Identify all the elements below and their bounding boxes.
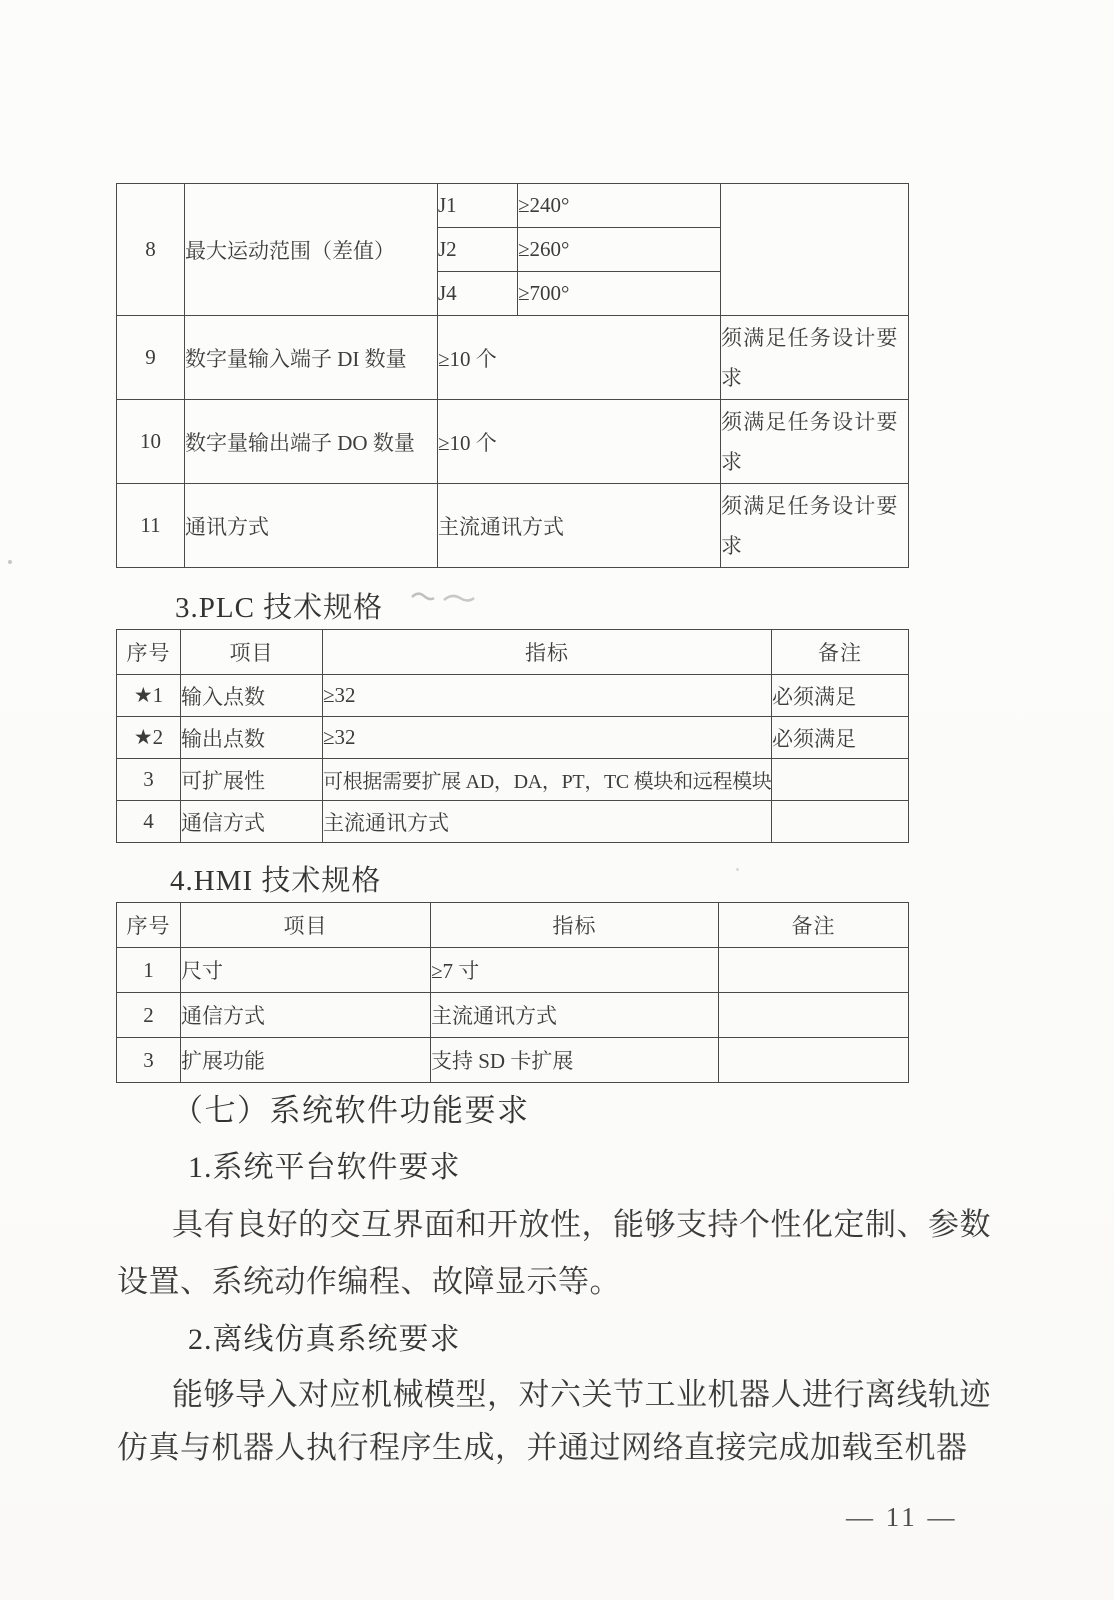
cell-item: 扩展功能 — [181, 1038, 431, 1083]
cell-note: 须满足任务设计要求 — [721, 316, 909, 400]
cell-note: 须满足任务设计要求 — [721, 484, 909, 568]
cell-no: ★1 — [117, 675, 181, 717]
header-note: 备注 — [719, 903, 909, 948]
table-row: 8 最大运动范围（差值） J1 ≥240° — [117, 184, 909, 228]
paragraph-line: 设置、系统动作编程、故障显示等。 — [117, 1256, 621, 1301]
offline-simulation-subheading: 2.离线仿真系统要求 — [188, 1314, 461, 1358]
cell-item: 输出点数 — [181, 717, 323, 759]
header-no: 序号 — [117, 903, 181, 948]
plc-spec-table: 序号 项目 指标 备注 ★1 输入点数 ≥32 必须满足 ★2 输出点数 ≥32… — [116, 629, 909, 843]
cell-no: 11 — [117, 484, 185, 568]
table-row: 11 通讯方式 主流通讯方式 须满足任务设计要求 — [117, 484, 909, 568]
cell-spec: 主流通讯方式 — [323, 801, 772, 843]
cell-spec: ≥32 — [323, 717, 772, 759]
cell-value: ≥700° — [518, 272, 721, 316]
cell-axis: J4 — [438, 272, 518, 316]
table-row: ★1 输入点数 ≥32 必须满足 — [117, 675, 909, 717]
cell-item: 数字量输出端子 DO 数量 — [185, 400, 438, 484]
cell-spec: 主流通讯方式 — [431, 993, 719, 1038]
cell-spec: 可根据需要扩展 AD，DA，PT，TC 模块和远程模块 — [323, 759, 772, 801]
cell-value: ≥240° — [518, 184, 721, 228]
header-spec: 指标 — [431, 903, 719, 948]
page-number: — 11 — — [846, 1502, 958, 1533]
cell-item: 通信方式 — [181, 801, 323, 843]
cell-item: 数字量输入端子 DI 数量 — [185, 316, 438, 400]
cell-note: 必须满足 — [772, 717, 909, 759]
table-header-row: 序号 项目 指标 备注 — [117, 630, 909, 675]
robot-spec-table: 8 最大运动范围（差值） J1 ≥240° J2 ≥260° J4 ≥700° … — [116, 183, 909, 568]
platform-software-subheading: 1.系统平台软件要求 — [188, 1142, 461, 1186]
cell-item: 可扩展性 — [181, 759, 323, 801]
software-section-heading: （七）系统软件功能要求 — [172, 1085, 530, 1130]
header-item: 项目 — [181, 630, 323, 675]
header-spec: 指标 — [323, 630, 772, 675]
cell-spec: 支持 SD 卡扩展 — [431, 1038, 719, 1083]
table-row: 3 可扩展性 可根据需要扩展 AD，DA，PT，TC 模块和远程模块 — [117, 759, 909, 801]
cell-item: 输入点数 — [181, 675, 323, 717]
header-item: 项目 — [181, 903, 431, 948]
scan-speck — [736, 868, 739, 871]
table-row: 2 通信方式 主流通讯方式 — [117, 993, 909, 1038]
table-row: 9 数字量输入端子 DI 数量 ≥10 个 须满足任务设计要求 — [117, 316, 909, 400]
cell-spec: ≥10 个 — [438, 316, 721, 400]
header-no: 序号 — [117, 630, 181, 675]
cell-spec: ≥32 — [323, 675, 772, 717]
cell-spec: ≥7 寸 — [431, 948, 719, 993]
cell-no: 3 — [117, 1038, 181, 1083]
cell-spec: ≥10 个 — [438, 400, 721, 484]
cell-note: 须满足任务设计要求 — [721, 400, 909, 484]
cell-note — [719, 993, 909, 1038]
table-row: 10 数字量输出端子 DO 数量 ≥10 个 须满足任务设计要求 — [117, 400, 909, 484]
cell-value: ≥260° — [518, 228, 721, 272]
pen-smudge-mark — [410, 588, 476, 610]
cell-item: 尺寸 — [181, 948, 431, 993]
hmi-spec-table: 序号 项目 指标 备注 1 尺寸 ≥7 寸 2 通信方式 主流通讯方式 3 扩展… — [116, 902, 909, 1083]
paragraph-line: 能够导入对应机械模型，对六关节工业机器人进行离线轨迹 — [172, 1369, 991, 1414]
table-header-row: 序号 项目 指标 备注 — [117, 903, 909, 948]
cell-note — [719, 1038, 909, 1083]
table-row: ★2 输出点数 ≥32 必须满足 — [117, 717, 909, 759]
cell-item: 通信方式 — [181, 993, 431, 1038]
hmi-section-heading: 4.HMI 技术规格 — [170, 858, 381, 899]
cell-no: 9 — [117, 316, 185, 400]
paragraph-line: 具有良好的交互界面和开放性，能够支持个性化定制、参数 — [172, 1199, 991, 1244]
scanned-document-page: 8 最大运动范围（差值） J1 ≥240° J2 ≥260° J4 ≥700° … — [0, 0, 1114, 1600]
paragraph-line: 仿真与机器人执行程序生成，并通过网络直接完成加载至机器 — [117, 1422, 968, 1467]
plc-section-heading: 3.PLC 技术规格 — [175, 585, 383, 626]
table-row: 4 通信方式 主流通讯方式 — [117, 801, 909, 843]
table-row: 3 扩展功能 支持 SD 卡扩展 — [117, 1038, 909, 1083]
cell-no: 3 — [117, 759, 181, 801]
cell-spec: 主流通讯方式 — [438, 484, 721, 568]
cell-no: 4 — [117, 801, 181, 843]
cell-note — [719, 948, 909, 993]
cell-no: 10 — [117, 400, 185, 484]
cell-item: 通讯方式 — [185, 484, 438, 568]
cell-item: 最大运动范围（差值） — [185, 184, 438, 316]
cell-note — [772, 759, 909, 801]
header-note: 备注 — [772, 630, 909, 675]
cell-note: 必须满足 — [772, 675, 909, 717]
cell-axis: J1 — [438, 184, 518, 228]
cell-axis: J2 — [438, 228, 518, 272]
table-row: 1 尺寸 ≥7 寸 — [117, 948, 909, 993]
cell-no: 2 — [117, 993, 181, 1038]
cell-no: 8 — [117, 184, 185, 316]
cell-note — [721, 184, 909, 316]
scan-speck — [8, 560, 12, 564]
cell-no: 1 — [117, 948, 181, 993]
cell-note — [772, 801, 909, 843]
cell-no: ★2 — [117, 717, 181, 759]
